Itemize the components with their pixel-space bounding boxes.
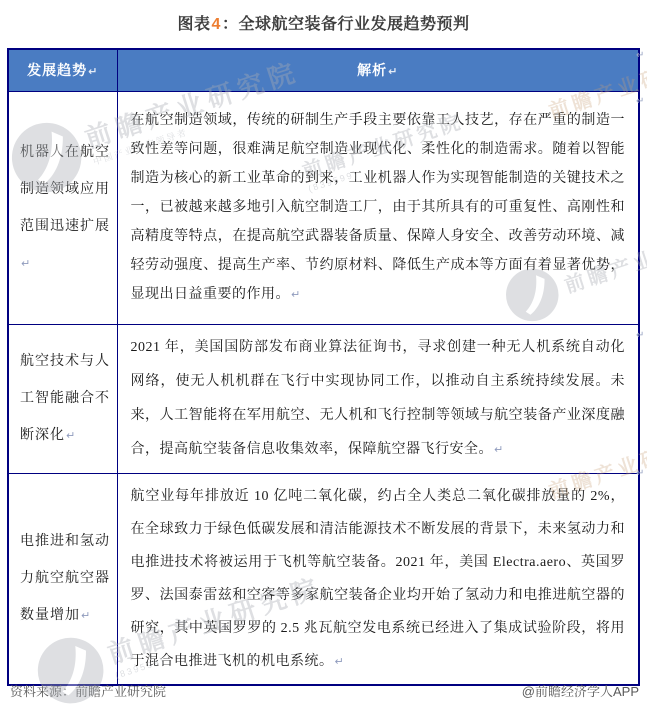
- page-title: 图表4：全球航空装备行业发展趋势预判: [0, 11, 647, 34]
- data-source-label: 资料来源：前瞻产业研究院: [10, 681, 166, 700]
- paragraph-mark: ↵: [387, 65, 398, 78]
- trend-cell-electric-hydrogen: 电推进和氢动力航空航空器数量增加↵: [8, 473, 117, 685]
- header-cell-trend: 发展趋势↵: [8, 49, 117, 91]
- paragraph-mark: ↵: [334, 655, 345, 668]
- paragraph-mark: ↵: [493, 443, 504, 456]
- paragraph-mark: ↵: [80, 609, 91, 622]
- title-prefix: 图表: [178, 16, 211, 33]
- table-header-row: 发展趋势↵ 解析↵: [8, 49, 639, 91]
- table-row: 航空技术与人工智能融合不断深化↵ 2021 年，美国国防部发布商业算法征询书，寻…: [8, 324, 639, 473]
- paragraph-mark: ↵: [87, 65, 98, 78]
- report-page: 图表4：全球航空装备行业发展趋势预判 前瞻产业研究院 中国产业咨询领导者 前瞻产…: [0, 0, 647, 711]
- trend-forecast-table: 发展趋势↵ 解析↵ 机器人在航空制造领域应用范围迅速扩展↵ 在航空制造领域，传统…: [7, 48, 640, 686]
- analysis-cell-ai: 2021 年，美国国防部发布商业算法征询书，寻求创建一种无人机系统自动化网络，使…: [117, 324, 639, 473]
- header-cell-analysis: 解析↵: [117, 49, 639, 91]
- trend-cell-robots: 机器人在航空制造领域应用范围迅速扩展↵: [8, 91, 117, 324]
- title-text: ：全球航空装备行业发展趋势预判: [222, 16, 470, 33]
- analysis-cell-robots: 在航空制造领域，传统的研制生产手段主要依靠工人技艺，存在严重的制造一致性差等问题…: [117, 91, 639, 324]
- paragraph-mark: ↵: [20, 257, 31, 270]
- paragraph-mark: ↵: [636, 330, 644, 341]
- analysis-cell-electric-hydrogen: 航空业每年排放近 10 亿吨二氧化碳，约占全人类总二氧化碳排放量的 2%，在全球…: [117, 473, 639, 685]
- trend-cell-ai: 航空技术与人工智能融合不断深化↵: [8, 324, 117, 473]
- table-row: 电推进和氢动力航空航空器数量增加↵ 航空业每年排放近 10 亿吨二氧化碳，约占全…: [8, 473, 639, 685]
- paragraph-mark: ↵: [636, 468, 644, 479]
- app-credit-label: @前瞻经济学人APP: [522, 681, 639, 700]
- paragraph-mark: ↵: [290, 288, 301, 301]
- paragraph-mark: ↵: [636, 96, 644, 107]
- table-row: 机器人在航空制造领域应用范围迅速扩展↵ 在航空制造领域，传统的研制生产手段主要依…: [8, 91, 639, 324]
- paragraph-mark: ↵: [636, 50, 644, 61]
- title-figure-number: 4: [211, 16, 222, 33]
- paragraph-mark: ↵: [65, 429, 76, 442]
